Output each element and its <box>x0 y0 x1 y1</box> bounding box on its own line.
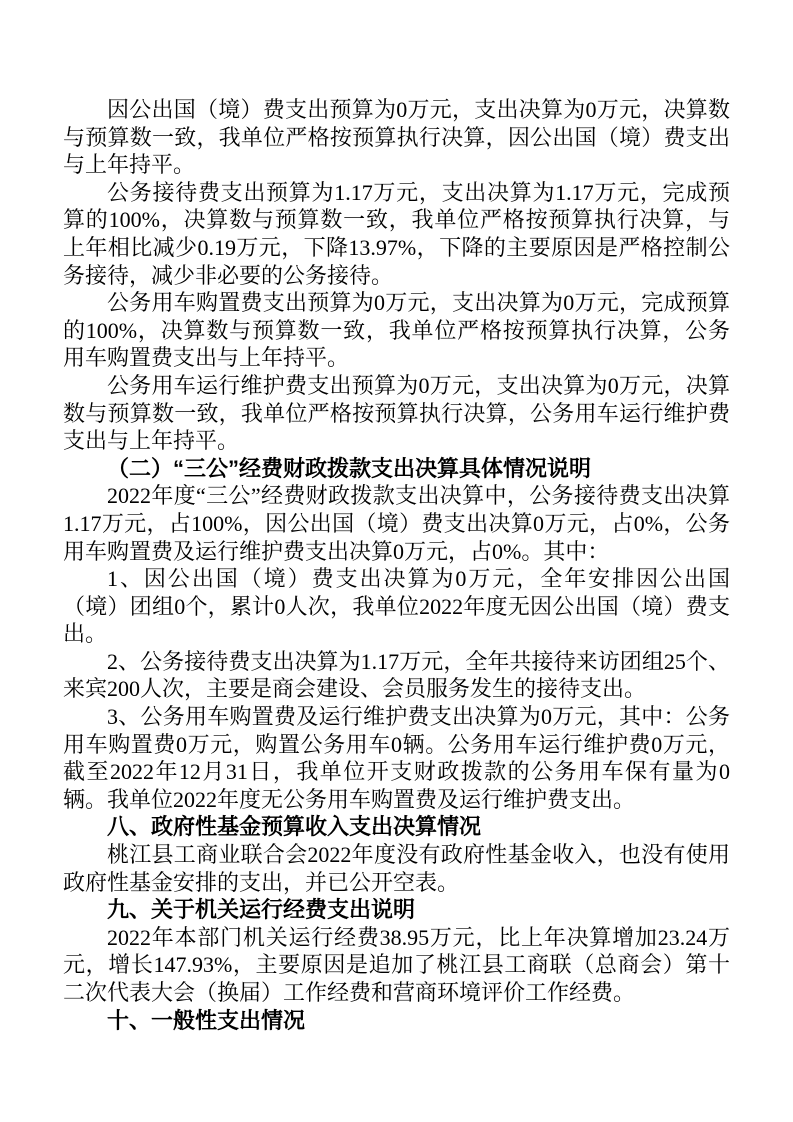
para-item-1-abroad: 1、因公出国（境）费支出决算为0万元，全年安排因公出国（境）团组0个，累计0人次… <box>63 565 730 648</box>
para-operating-expense: 2022年本部门机关运行经费38.95万元，比上年决算增加23.24万元，增长1… <box>63 924 730 1007</box>
heading-section-10-general-expense: 十、一般性支出情况 <box>63 1007 730 1035</box>
para-vehicle-purchase-budget: 公务用车购置费支出预算为0万元，支出决算为0万元，完成预算的100%，决算数与预… <box>63 289 730 372</box>
heading-section-9-operating-expense: 九、关于机关运行经费支出说明 <box>63 896 730 924</box>
para-reception-budget: 公务接待费支出预算为1.17万元，支出决算为1.17万元，完成预算的100%，决… <box>63 179 730 289</box>
document-page: 因公出国（境）费支出预算为0万元，支出决算为0万元，决算数与预算数一致，我单位严… <box>0 0 793 1122</box>
para-vehicle-maintenance-budget: 公务用车运行维护费支出预算为0万元，支出决算为0万元，决算数与预算数一致，我单位… <box>63 372 730 455</box>
para-abroad-budget: 因公出国（境）费支出预算为0万元，支出决算为0万元，决算数与预算数一致，我单位严… <box>63 96 730 179</box>
para-item-3-vehicle: 3、公务用车购置费及运行维护费支出决算为0万元，其中：公务用车购置费0万元，购置… <box>63 703 730 813</box>
heading-section-2-sangong-detail: （二）“三公”经费财政拨款支出决算具体情况说明 <box>63 455 730 483</box>
para-item-2-reception: 2、公务接待费支出决算为1.17万元，全年共接待来访团组25个、来宾200人次，… <box>63 648 730 703</box>
para-gov-fund: 桃江县工商业联合会2022年度没有政府性基金收入，也没有使用政府性基金安排的支出… <box>63 841 730 896</box>
heading-section-8-gov-fund: 八、政府性基金预算收入支出决算情况 <box>63 813 730 841</box>
para-sangong-summary: 2022年度“三公”经费财政拨款支出决算中，公务接待费支出决算1.17万元，占1… <box>63 482 730 565</box>
